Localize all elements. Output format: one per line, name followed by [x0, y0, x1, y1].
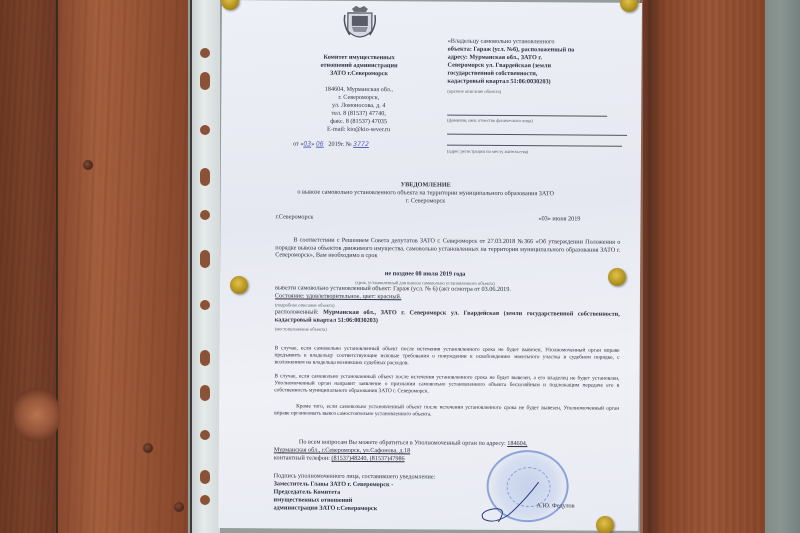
phone-line: контактный телефон: (81537)48240, (81537…: [274, 454, 405, 463]
location-block: расположенный: Мурманская обл., ЗАТО г. …: [275, 308, 620, 326]
nail-icon: [83, 160, 93, 170]
org-name-line: ЗАТО г.Североморск: [261, 69, 456, 78]
addressee-line: кадастровый квартал 51:06:0030203): [447, 78, 550, 86]
notice-document: Комитет имущественных отношений админист…: [218, 0, 642, 531]
caption-name: (фамилия, имя, отчество физического лица…: [447, 117, 533, 125]
binder-hole: [200, 300, 210, 310]
signatory-name: А.Ю. Федулов: [536, 502, 574, 510]
wood-board-right: [640, 0, 765, 533]
binder-hole: [200, 210, 210, 220]
addressee-line: государственной собственности,: [447, 70, 537, 78]
paragraph-3: Кроме того, если самовольно установленны…: [274, 403, 619, 419]
binder-hole: [200, 72, 210, 90]
ref-month: 06: [316, 141, 324, 148]
phone-numbers: (81537)48240, (81537)47986: [331, 455, 404, 463]
concrete-wall: [760, 0, 800, 533]
addressee-line: Североморск ул. Гвардейская (земли: [448, 62, 552, 70]
caption-address: (адрес регистрации по месту жительства): [447, 148, 528, 156]
binder-hole: [200, 385, 210, 401]
wood-board-left: [0, 0, 60, 533]
ref-prefix: от «: [293, 140, 303, 147]
wood-board: [58, 0, 188, 533]
paragraph-2: В случае, если самовольно установленный …: [274, 373, 619, 396]
state-line: Состояние: удовлетворительное, цвет: кра…: [275, 292, 401, 300]
addressee-line: адресу: Мурманская обл., ЗАТО г.: [448, 54, 542, 62]
nail-icon: [143, 443, 153, 453]
binder-hole: [200, 168, 210, 186]
nail-icon: [174, 502, 184, 512]
pushpin-icon: [608, 268, 626, 286]
coat-of-arms-icon: [342, 5, 378, 45]
phone-label: контактный телефон:: [274, 454, 330, 461]
binder-hole: [200, 48, 210, 58]
signatory-title: Председатель Комитета: [274, 488, 341, 496]
notice-intro: В соответствии с Решением Совета депутат…: [275, 236, 620, 261]
pushpin-icon: [596, 516, 614, 533]
notice-place: г.Североморск: [275, 213, 313, 221]
org-email: E-mail: kio@kio-sever.ru: [261, 125, 456, 134]
blank-line: [447, 145, 622, 147]
binder-hole: [200, 350, 210, 366]
ref-line: от «03» 06 2019г. № 3772: [293, 140, 369, 148]
ref-mid: »: [311, 141, 314, 148]
location-text: Мурманская обл., ЗАТО г. Североморск ул.…: [275, 309, 620, 324]
notice-subtitle: г. Североморск: [221, 196, 631, 206]
caption-object: (краткое описание объекта): [447, 88, 501, 96]
location-label: расположенный:: [275, 308, 319, 315]
signatory-title: администрации ЗАТО г.Североморск: [273, 504, 377, 512]
binder-hole: [200, 470, 210, 484]
binder-hole: [200, 250, 210, 268]
binder-hole: [200, 125, 210, 135]
binder-hole: [200, 495, 210, 505]
ref-year: 2019г. №: [328, 141, 351, 148]
ref-number: 3772: [353, 141, 369, 148]
pushpin-icon: [230, 276, 248, 294]
paragraph-1: В случае, если самовольно установленный …: [274, 345, 619, 368]
photo-scene: Комитет имущественных отношений админист…: [0, 0, 800, 533]
binder-hole: [200, 430, 210, 440]
blank-line: [447, 134, 627, 136]
location-caption: (местоположение объекта): [275, 325, 327, 333]
contact-text: По всем вопросам Вы можете обратиться в …: [299, 439, 506, 447]
notice-date: «03» июня 2019: [538, 215, 580, 223]
wood-knot: [14, 385, 60, 445]
signatory-title: имущественных отношений: [273, 496, 352, 504]
addressee-line: «Владельцу самовольно установленного: [448, 38, 555, 46]
contact-address: 184604,: [507, 440, 527, 447]
